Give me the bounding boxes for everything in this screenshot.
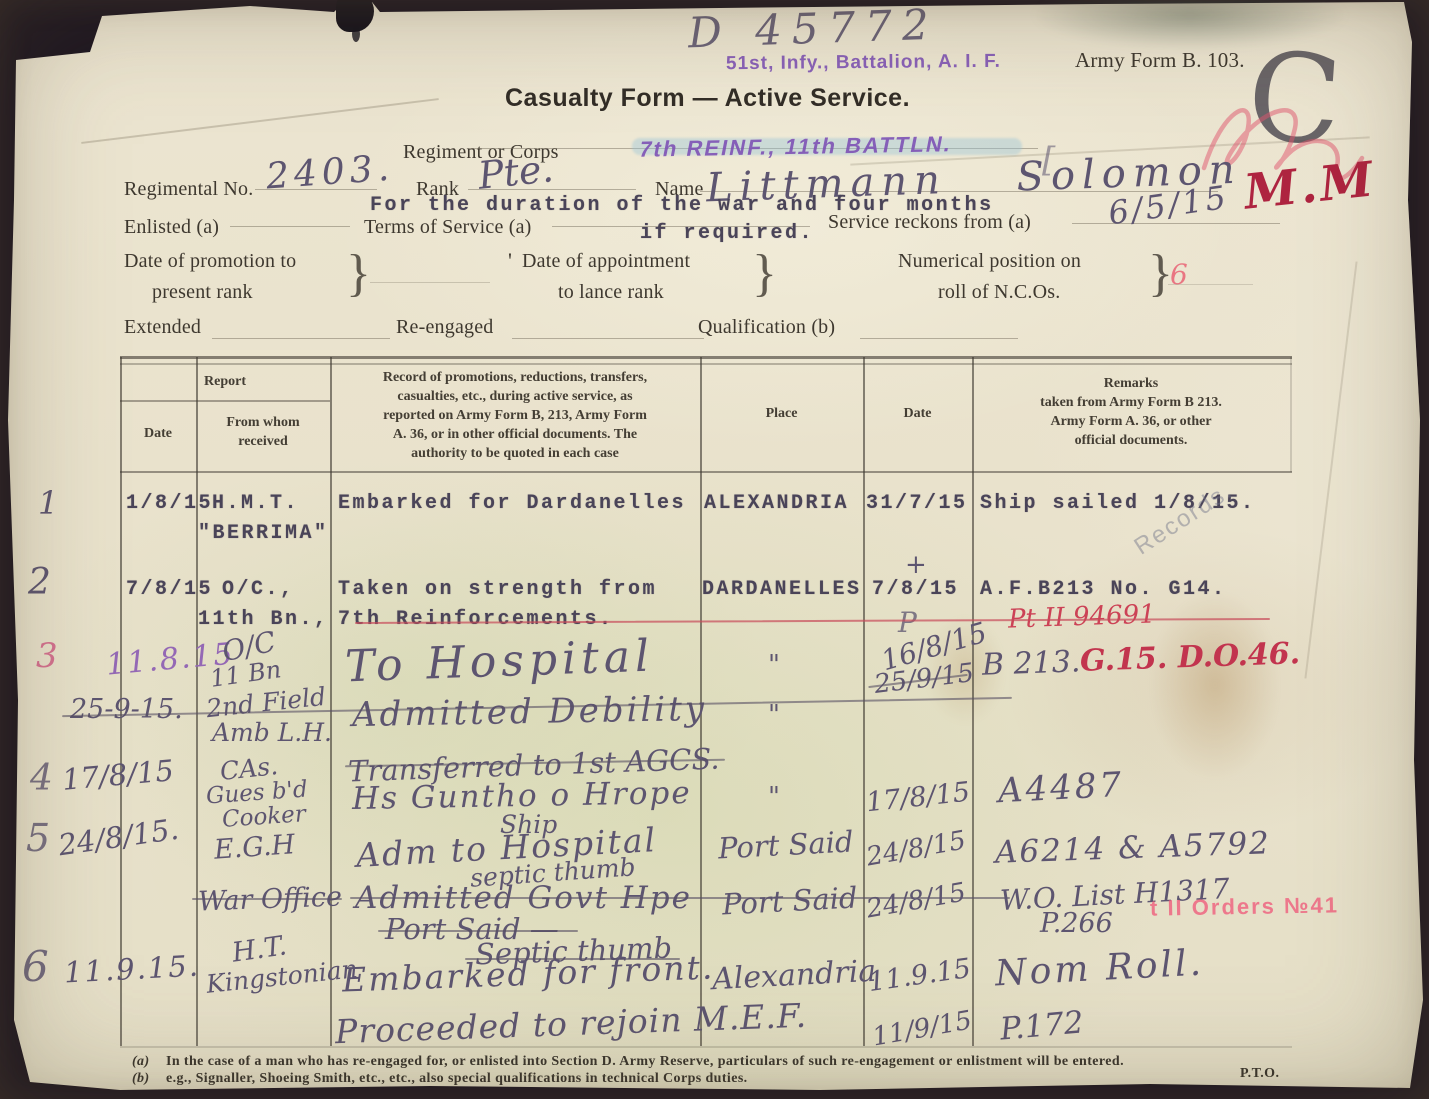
numerical-label-line1: Numerical position on (898, 250, 1081, 273)
battalion-stamp: 51st, Infy., Battalion, A. I. F. (726, 51, 1001, 75)
row1-record: Embarked for Dardanelles (338, 492, 686, 515)
table-bottom-rule (120, 1046, 1292, 1048)
footnote-b-marker: (b) (132, 1071, 150, 1087)
strike-line (192, 898, 342, 900)
army-form-number: Army Form B. 103. (1075, 48, 1245, 73)
table-top-rule2 (120, 363, 1292, 365)
brace: } (752, 244, 777, 303)
row5b-place: Port Said (721, 880, 858, 921)
th-date: Date (120, 424, 196, 443)
appointment-tick: ' (508, 248, 512, 274)
row3b-from-line2: Amb L.H. (212, 718, 332, 747)
margin-entry-number: 1 (38, 484, 58, 522)
table-vline (1290, 357, 1292, 472)
row2-date: 7/8/15 (126, 578, 213, 601)
row1-place: ALEXANDRIA (704, 492, 849, 515)
table-vline (196, 357, 198, 1046)
table-vline (972, 357, 974, 1046)
row3-record: To Hospital (344, 631, 655, 693)
field-line (860, 338, 1018, 339)
th-remarks: Remarks taken from Army Form B 213. Army… (972, 374, 1290, 450)
footnote-a-text: In the case of a man who has re-engaged … (166, 1054, 1124, 1070)
field-line (230, 226, 350, 227)
row6-date: 11.9.15. (63, 948, 201, 989)
th-from-whom: From whom received (196, 413, 330, 451)
form-title: Casualty Form — Active Service. (505, 84, 910, 113)
appointment-label-line1: Date of appointment (522, 250, 690, 273)
row3b-record-struck: Admitted Debility (352, 689, 708, 735)
strike-line (378, 930, 578, 932)
row4-remarks: A4487 (997, 765, 1125, 812)
margin-entry-number: 3 (36, 636, 58, 676)
row5-place: Port Said (717, 824, 854, 865)
row2-from-line1: O/C., (222, 578, 295, 601)
row2-date2: 7/8/15 (872, 578, 959, 601)
numerical-label-line2: roll of N.C.Os. (938, 281, 1060, 304)
row1-from-line2: "BERRIMA" (198, 522, 329, 545)
row3-place-ditto: " (768, 650, 780, 680)
field-line (512, 338, 704, 339)
pto-label: P.T.O. (1240, 1066, 1279, 1082)
th-date2: Date (863, 404, 972, 423)
pencil-serial-number: D 45772 (687, 0, 939, 57)
row1-date: 1/8/15 (126, 492, 213, 515)
table-top-rule (120, 356, 1292, 359)
terms-label: Terms of Service (a) (364, 216, 532, 239)
th-record: Record of promotions, reductions, transf… (332, 368, 698, 463)
enlisted-label: Enlisted (a) (124, 216, 219, 239)
row2-place: DARDANELLES (702, 578, 862, 601)
row3b-date: 25-9-15. (70, 694, 183, 725)
margin-entry-number: 4 (30, 758, 53, 799)
rank-value: Pte. (476, 146, 556, 198)
table-vline (863, 357, 865, 1046)
margin-entry-number: 6 (22, 942, 49, 991)
extended-label: Extended (124, 316, 201, 339)
footnote-b-text: e.g., Signaller, Shoeing Smith, etc., et… (166, 1071, 748, 1087)
numerical-red-mark: 6 (1170, 258, 1188, 291)
promotion-label-line2: present rank (152, 281, 253, 304)
appointment-label-line2: to lance rank (558, 281, 664, 304)
terms-typed-line2: if required. (640, 222, 814, 245)
reengaged-label: Re-engaged (396, 316, 494, 339)
th-place: Place (700, 404, 863, 423)
service-reckons-label: Service reckons from (a) (828, 211, 1031, 234)
regimental-no-label: Regimental No. (124, 178, 253, 201)
margin-entry-number: 2 (28, 562, 51, 603)
header-bottom-rule (120, 471, 1292, 473)
row2-record-line2: 7th Reinforcements. (338, 608, 614, 631)
promotion-label-line1: Date of promotion to (124, 250, 296, 273)
row1-from-line1: H.M.T. (212, 492, 299, 515)
row4-place-ditto: " (768, 782, 780, 812)
red-part2-note: Pt II 94691 (1008, 599, 1157, 634)
row5b-remarks-line2: P.266 (1040, 908, 1113, 939)
row1-date2: 31/7/15 (866, 492, 968, 515)
orders-red-stamp: t II Orders №41 (1150, 892, 1339, 921)
scanned-casualty-form: D 45772 51st, Infy., Battalion, A. I. F.… (0, 0, 1429, 1099)
row3b-place-ditto: " (768, 700, 780, 730)
field-line (1168, 284, 1253, 285)
pencil-cross-mark: + (905, 550, 927, 580)
footnote-a-marker: (a) (132, 1054, 150, 1070)
row7-remarks: P.172 (999, 1004, 1085, 1047)
row5-from: E.G.H (213, 829, 296, 866)
report-underline (120, 400, 330, 402)
row2-remarks: A.F.B213 No. G14. (980, 578, 1227, 601)
th-report: Report (120, 372, 330, 391)
row3-remarks-pencil: B 213. (981, 644, 1081, 682)
field-line (212, 338, 390, 339)
brace: } (346, 244, 371, 303)
row2-record-line1: Taken on strength from (338, 578, 657, 601)
qualification-label: Qualification (b) (698, 316, 835, 339)
field-line (370, 282, 490, 283)
field-line (1072, 223, 1280, 224)
margin-entry-number: 5 (26, 816, 50, 860)
